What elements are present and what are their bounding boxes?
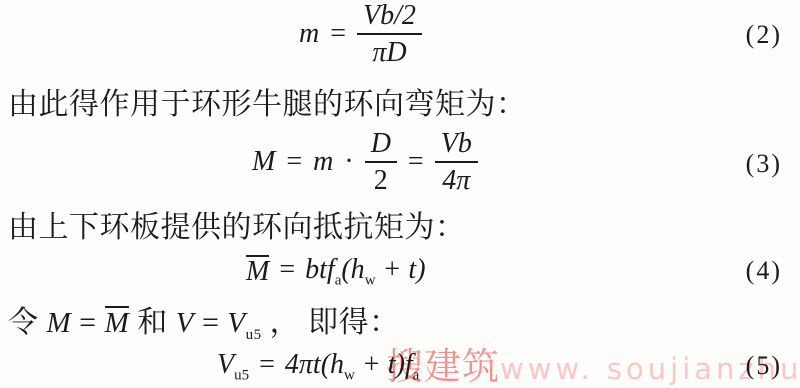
body-text-line-1: 由此得作用于环形牛腿的环向弯矩为： [8,79,527,123]
eq2-fraction: Vb/2 πD [357,1,422,68]
line3-prefix: 令 [8,306,47,339]
eq4-term-btf: btf [305,254,335,285]
eq5-subscript-u5: u5 [234,367,249,383]
line3-equals-1: = [71,306,104,339]
eq3-fraction-1: D 2 [365,129,397,196]
eq2-equals-sign: = [330,18,346,50]
eq4-term-plus-t: + t) [383,254,426,285]
eq5-subscript-w: w [344,367,355,383]
eq2-numerator: Vb/2 [357,1,422,35]
eq4-lhs-m-overbar: M [246,255,269,286]
eq3-fraction-1-denominator: 2 [374,163,388,195]
eq4-rhs: btfa(hw + t) [305,254,425,286]
eq4-equals-sign: = [279,254,295,286]
eq5-term-f: f [405,349,413,380]
equation-3-row: M = m · D 2 = Vb 4π (3) [0,125,800,199]
equation-2-number: (2) [746,20,782,50]
equation-2: m = Vb/2 πD [299,0,422,68]
body-text-line-2: 由上下环板提供的环向抵抗矩为： [8,202,466,246]
eq5-subscript-a: a [413,367,420,383]
eq3-lhs: M [252,146,275,178]
equation-3: M = m · D 2 = Vb 4π [252,125,478,199]
body-text-line-3: 令 M = M 和 V = Vu5 ， 即得： [8,297,400,341]
equation-5-number: (5) [746,351,782,381]
line3-var-m: M [47,307,72,339]
equation-5: Vu5 = 4πt(hw + t)fa [217,341,419,388]
equation-4: M = btfa(hw + t) [246,245,426,295]
eq4-term-open-h: (h [341,254,364,285]
eq5-term-plus-t: + t) [362,349,405,380]
equation-3-number: (3) [746,149,782,179]
eq3-multiplication-dot: · [344,146,353,178]
line3-equals-2: = [194,306,227,339]
equation-4-number: (4) [746,256,782,286]
equation-5-row: Vu5 = 4πt(hw + t)fa (5) [0,341,800,388]
eq3-fraction-2: Vb 4π [435,129,478,196]
eq3-equals-sign-1: = [286,146,302,178]
eq5-var-v: V [217,349,234,380]
eq3-factor: m [313,146,333,178]
eq4-subscript-w: w [365,273,376,289]
equation-2-row: m = Vb/2 πD (2) [0,0,800,68]
line3-conjunction: 和 [129,306,176,339]
eq3-fraction-2-numerator: Vb [435,129,478,163]
eq2-denominator: πD [372,35,406,67]
line3-var-m-overbar: M [105,306,130,338]
eq5-lhs: Vu5 [217,349,249,381]
eq5-term-4pit-open-h: 4πt(h [285,349,344,380]
eq3-equals-sign-2: = [408,146,424,178]
equation-4-row: M = btfa(hw + t) (4) [0,245,800,295]
eq5-equals-sign: = [259,349,275,381]
eq2-lhs: m [299,18,319,50]
eq5-rhs: 4πt(hw + t)fa [285,349,419,381]
eq3-fraction-2-denominator: 4π [442,163,470,195]
eq3-fraction-1-numerator: D [365,129,397,163]
line3-var-v: V [176,307,194,339]
line3-var-v-u5: V [227,307,245,339]
line3-suffix: ， 即得： [262,306,400,339]
